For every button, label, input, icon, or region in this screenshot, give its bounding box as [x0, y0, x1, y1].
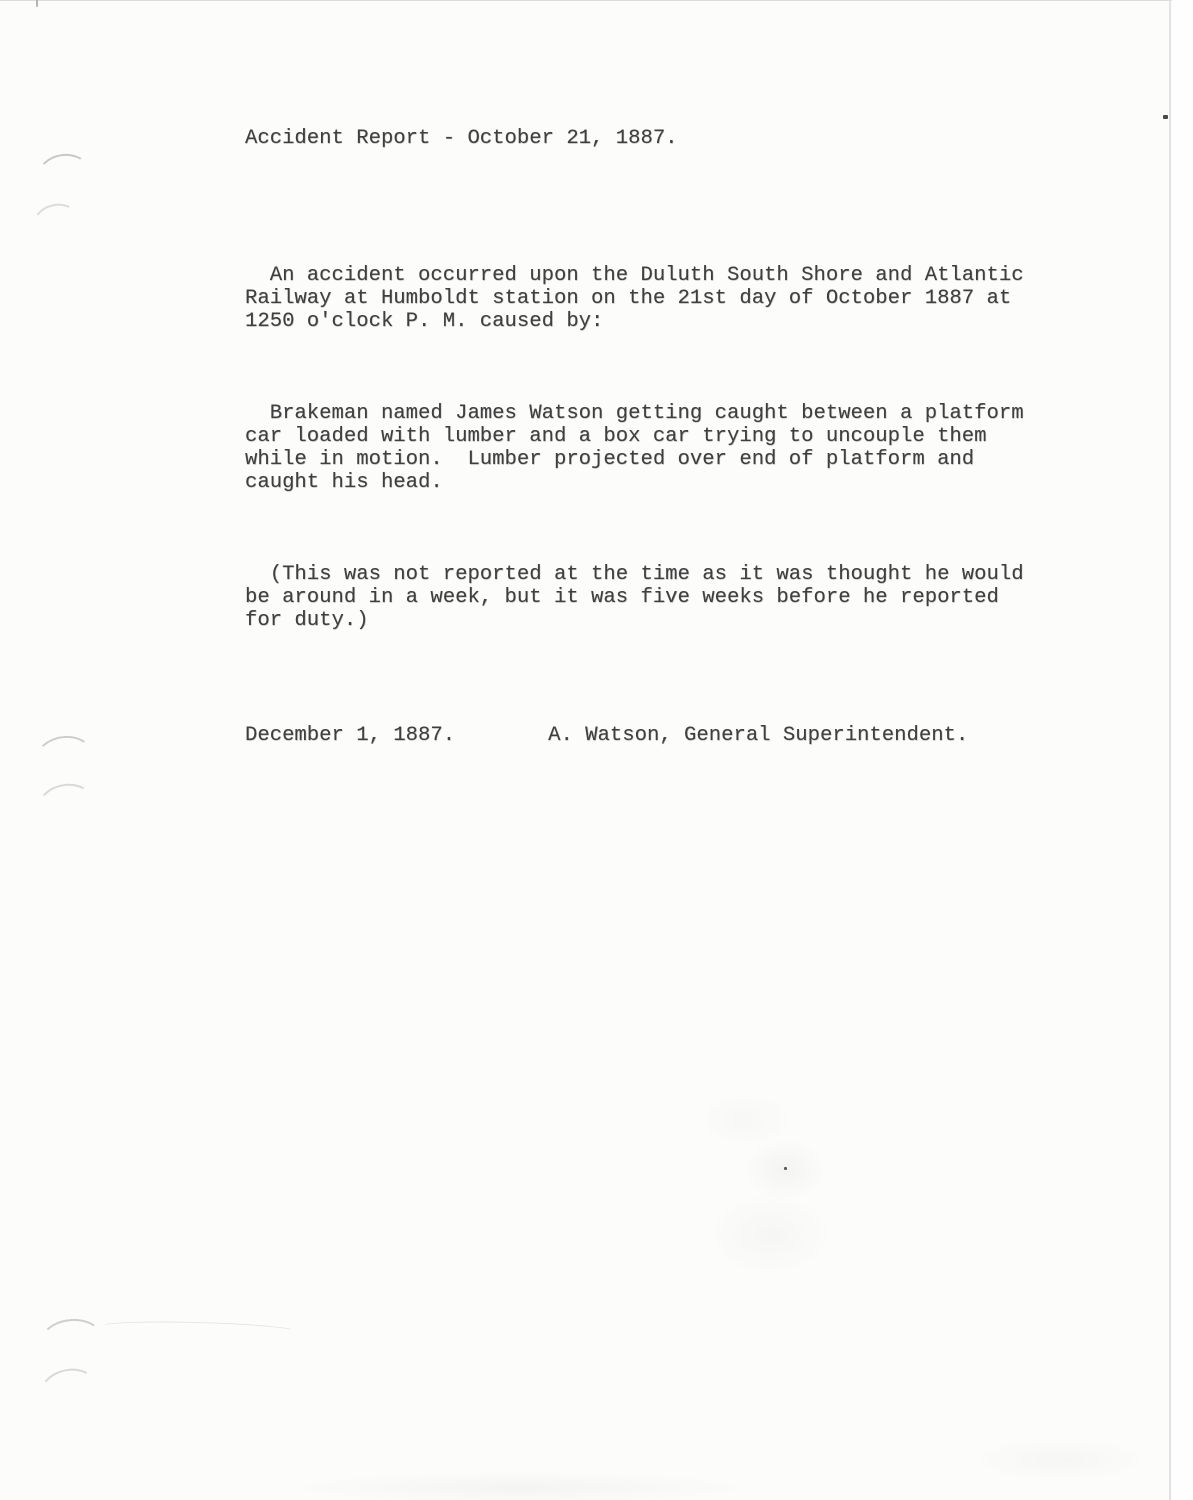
- signature-name: A. Watson, General Superintendent.: [548, 724, 968, 747]
- document-title: Accident Report - October 21, 1887.: [245, 127, 1090, 150]
- punch-hole-mark-top-2: [29, 199, 82, 245]
- scanned-page: Accident Report - October 21, 1887. An a…: [0, 0, 1193, 1500]
- paragraph-reporting-note: (This was not reported at the time as it…: [245, 563, 1090, 632]
- punch-hole-mark-middle-2: [35, 779, 97, 830]
- signature-date: December 1, 1887.: [245, 724, 455, 747]
- punch-hole-mark-middle-1: [34, 733, 96, 783]
- paragraph-accident-summary: An accident occurred upon the Duluth Sou…: [245, 264, 1090, 333]
- pencil-smudge-line: [96, 1319, 300, 1339]
- signature-line: December 1, 1887. A. Watson, General Sup…: [245, 724, 1090, 747]
- ink-speck-middle: [784, 1167, 787, 1170]
- punch-hole-mark-top-1: [35, 151, 92, 198]
- punch-hole-mark-bottom-1: [38, 1316, 106, 1367]
- page-top-edge-shadow: [0, 0, 1193, 1]
- ink-speck-top-right: [1163, 115, 1168, 119]
- page-right-edge-strip: [1172, 0, 1193, 1500]
- punch-hole-mark-bottom-2: [36, 1363, 102, 1418]
- typewritten-document: Accident Report - October 21, 1887. An a…: [245, 81, 1090, 793]
- paragraph-accident-cause: Brakeman named James Watson getting caug…: [245, 402, 1090, 494]
- scan-tick-top-left: [36, 0, 38, 7]
- page-right-edge-shadow: [1169, 0, 1171, 1500]
